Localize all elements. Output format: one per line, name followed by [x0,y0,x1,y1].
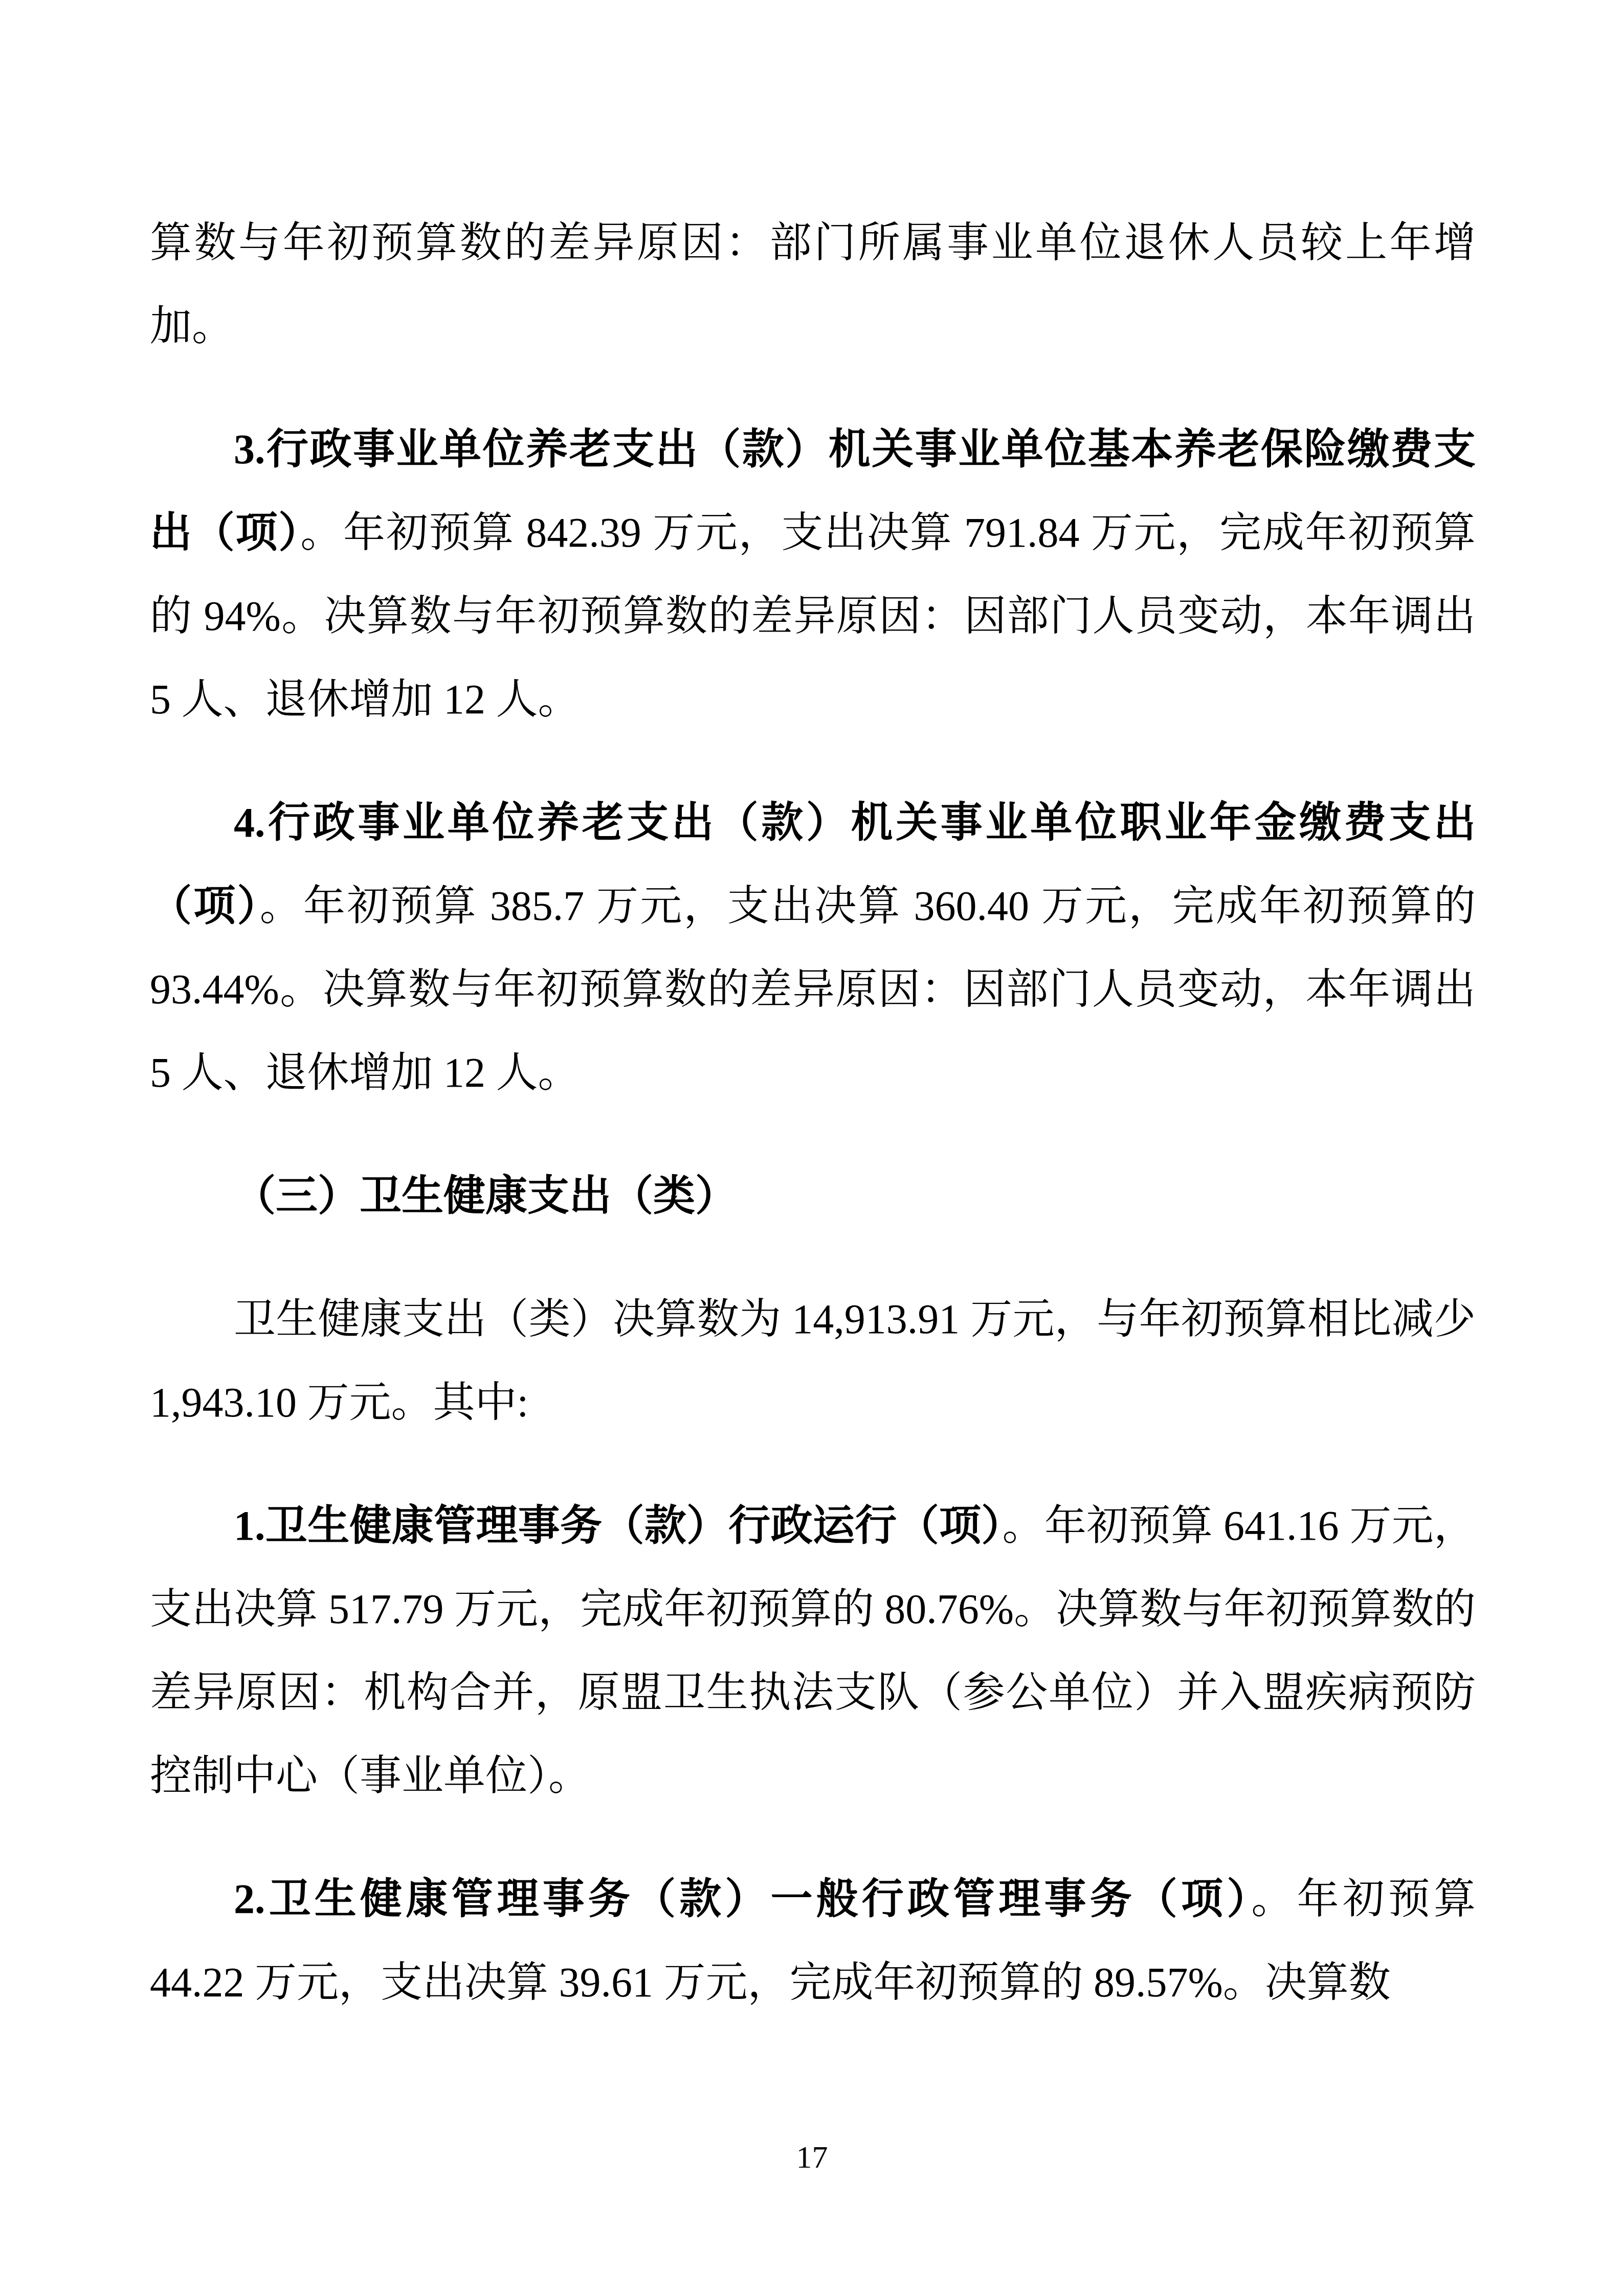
document-page: 算数与年初预算数的差异原因：部门所属事业单位退休人员较上年增加。3.行政事业单位… [0,0,1624,2296]
page-number: 17 [0,2142,1624,2173]
paragraph-continuation: 算数与年初预算数的差异原因：部门所属事业单位退休人员较上年增加。 [150,201,1476,368]
text-run: 算数与年初预算数的差异原因：部门所属事业单位退休人员较上年增加。 [150,219,1476,349]
paragraph-body: 卫生健康支出（类）决算数为 14,913.91 万元，与年初预算相比减少 1,9… [150,1277,1476,1444]
text-run: 卫生健康支出（类）决算数为 14,913.91 万元，与年初预算相比减少 1,9… [150,1296,1476,1426]
text-run: 。年初预算 385.7 万元，支出决算 360.40 万元，完成年初预算的 93… [150,883,1476,1096]
document-body: 算数与年初预算数的差异原因：部门所属事业单位退休人员较上年增加。3.行政事业单位… [150,201,1476,2024]
paragraph-header: （三）卫生健康支出（类） [150,1154,1476,1237]
bold-text-run: 1.卫生健康管理事务（款）行政运行（项） [234,1502,1003,1549]
paragraph-item: 4.行政事业单位养老支出（款）机关事业单位职业年金缴费支出（项）。年初预算 38… [150,781,1476,1114]
text-run: 。年初预算 842.39 万元，支出决算 791.84 万元，完成年初预算的 9… [150,509,1476,723]
bold-text-run: 2.卫生健康管理事务（款）一般行政管理事务（项） [234,1876,1251,1922]
paragraph-item: 1.卫生健康管理事务（款）行政运行（项）。年初预算 641.16 万元，支出决算… [150,1484,1476,1817]
paragraph-item: 3.行政事业单位养老支出（款）机关事业单位基本养老保险缴费支出（项）。年初预算 … [150,408,1476,741]
bold-text-run: （三）卫生健康支出（类） [234,1173,737,1219]
paragraph-item: 2.卫生健康管理事务（款）一般行政管理事务（项）。年初预算 44.22 万元，支… [150,1857,1476,2024]
